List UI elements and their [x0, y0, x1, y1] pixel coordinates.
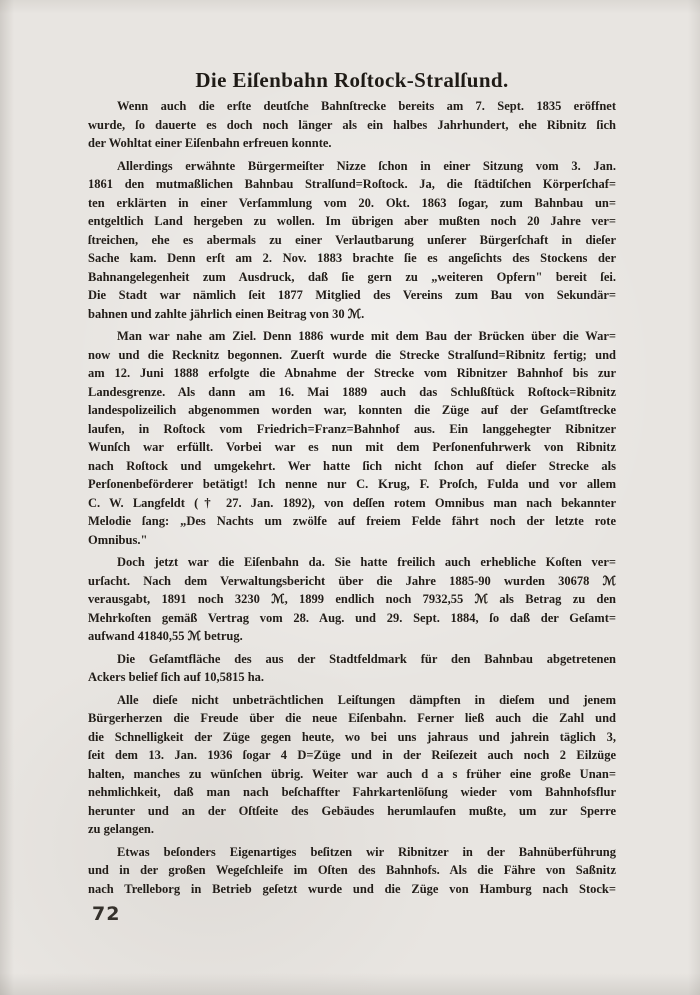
paragraph: Wenn auch die erſte deutſche Bahnſtrecke…: [88, 97, 616, 153]
text-line: bahnen und zahlte jährlich einen Beitrag…: [88, 305, 616, 324]
text-line: halten, manches zu wünſchen übrig. Weite…: [88, 765, 616, 784]
text-line: verausgabt, 1891 noch 3230 ℳ, 1899 endli…: [88, 590, 616, 609]
text-line: ten erklärten in einer Verſammlung vom 2…: [88, 194, 616, 213]
text-line: wurde, ſo dauerte es doch noch länger al…: [88, 116, 616, 135]
text-line: entgeltlich Land hergeben zu wollen. Im …: [88, 212, 616, 231]
text-line: Bahnangelegenheit zum Ausdruck, daß ſie …: [88, 268, 616, 287]
text-line: Landesgrenze. Als dann am 16. Mai 1889 a…: [88, 383, 616, 402]
text-line: Doch jetzt war die Eiſenbahn da. Sie hat…: [88, 553, 616, 572]
paragraph: Man war nahe am Ziel. Denn 1886 wurde mi…: [88, 327, 616, 549]
text-line: now und die Recknitz begonnen. Zuerſt wu…: [88, 346, 616, 365]
text-line: nach Trelleborg in Betrieb geſetzt wurde…: [88, 880, 616, 899]
paragraph: Allerdings erwähnte Bürgermeiſter Nizze …: [88, 157, 616, 324]
page-number: 72: [92, 903, 120, 925]
text-line: ſeit dem 13. Jan. 1936 ſogar 4 D=Züge un…: [88, 746, 616, 765]
text-line: zu gelangen.: [88, 820, 616, 839]
text-line: urſacht. Nach dem Verwaltungsbericht übe…: [88, 572, 616, 591]
scanned-book-page: Die Eiſenbahn Roſtock-Stralſund. Wenn au…: [0, 0, 700, 995]
text-line: Etwas beſonders Eigenartiges beſitzen wi…: [88, 843, 616, 862]
text-line: Melodie ſang: „Des Nachts um zwölfe auf …: [88, 512, 616, 531]
text-line: und in der großen Wegeſchleife im Oſten …: [88, 861, 616, 880]
text-line: herunter und an der Oſtſeite des Gebäude…: [88, 802, 616, 821]
text-line: laufen, in Roſtock vom Friedrich=Franz=B…: [88, 420, 616, 439]
text-line: der Wohltat einer Eiſenbahn erfreuen kon…: [88, 134, 616, 153]
paragraph: Doch jetzt war die Eiſenbahn da. Sie hat…: [88, 553, 616, 646]
text-block: Wenn auch die erſte deutſche Bahnſtrecke…: [88, 97, 616, 902]
text-line: Wunſch war erfüllt. Vorbei war es nun mi…: [88, 438, 616, 457]
page-title: Die Eiſenbahn Roſtock-Stralſund.: [88, 68, 616, 93]
text-line: Perſonenbeförderer betätigt! Ich nenne n…: [88, 475, 616, 494]
text-line: ſtreichen, ehe es abermals zu einer Verl…: [88, 231, 616, 250]
text-line: Sache kam. Denn erſt am 2. Nov. 1883 bra…: [88, 249, 616, 268]
paragraph: Die Geſamtfläche des aus der Stadtfeldma…: [88, 650, 616, 687]
paragraph: Etwas beſonders Eigenartiges beſitzen wi…: [88, 843, 616, 899]
text-line: Die Stadt war nämlich ſeit 1877 Mitglied…: [88, 286, 616, 305]
text-line: am 12. Juni 1888 erfolgte die Abnahme de…: [88, 364, 616, 383]
text-line: Alle dieſe nicht unbeträchtlichen Leiſtu…: [88, 691, 616, 710]
text-line: Bürgerherzen die Freude über die neue Ei…: [88, 709, 616, 728]
text-line: 1861 den mutmaßlichen Bahnbau Stralſund=…: [88, 175, 616, 194]
text-line: die Schnelligkeit der Züge gegen heute, …: [88, 728, 616, 747]
text-line: Wenn auch die erſte deutſche Bahnſtrecke…: [88, 97, 616, 116]
text-line: nehmlichkeit, daß man nach beſchaffter F…: [88, 783, 616, 802]
text-line: Omnibus.": [88, 531, 616, 550]
text-line: Man war nahe am Ziel. Denn 1886 wurde mi…: [88, 327, 616, 346]
text-line: aufwand 41840,55 ℳ betrug.: [88, 627, 616, 646]
text-line: Mehrkoſten gemäß Vertrag vom 28. Aug. un…: [88, 609, 616, 628]
text-line: landespolizeilich abgenommen worden war,…: [88, 401, 616, 420]
paragraph: Alle dieſe nicht unbeträchtlichen Leiſtu…: [88, 691, 616, 839]
text-line: Allerdings erwähnte Bürgermeiſter Nizze …: [88, 157, 616, 176]
text-line: Die Geſamtfläche des aus der Stadtfeldma…: [88, 650, 616, 669]
text-line: nach Roſtock und umgekehrt. Wer hatte ſi…: [88, 457, 616, 476]
text-line: Ackers belief ſich auf 10,5815 ha.: [88, 668, 616, 687]
text-line: C. W. Langfeldt († 27. Jan. 1892), von d…: [88, 494, 616, 513]
